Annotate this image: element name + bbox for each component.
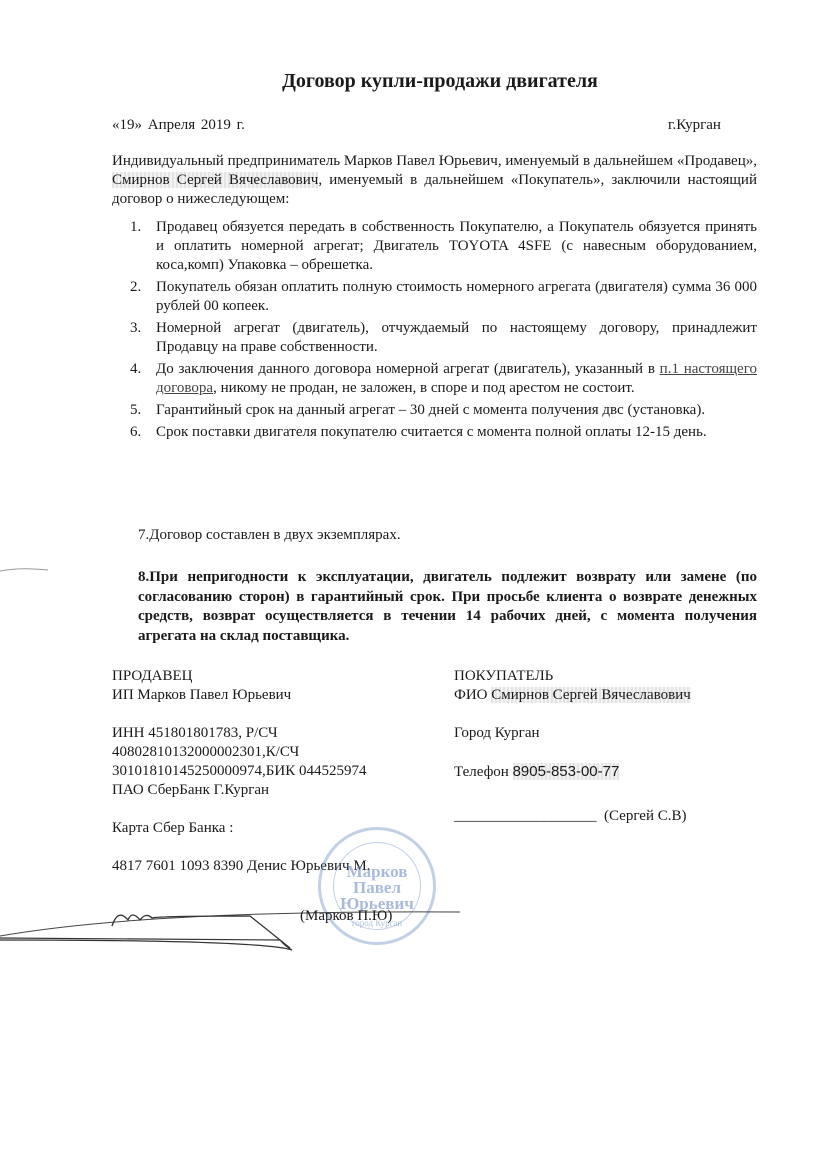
scan-mark [0, 567, 50, 573]
seller-corr-account: 30101810145250000974,БИК 044525974 [112, 762, 432, 781]
term-item: 3.Номерной агрегат (двигатель), отчуждае… [156, 319, 757, 357]
buyer-phone: Телефон 8905-853-00-77 [454, 762, 774, 782]
buyer-block: ПОКУПАТЕЛЬ ФИО Смирнов Сергей Вячеславов… [454, 667, 774, 782]
buyer-city: Город Курган [454, 724, 774, 743]
buyer-heading: ПОКУПАТЕЛЬ [454, 667, 774, 686]
contract-date: «19» Апреля 2019 г. [112, 117, 245, 134]
buyer-name-inline: Смирнов Сергей Вячеславович [112, 172, 318, 188]
seller-signature-name: (Марков П.Ю) [300, 908, 392, 925]
intro-paragraph: Индивидуальный предприниматель Марков Па… [112, 152, 757, 209]
term-7: 7.Договор составлен в двух экземплярах. [138, 527, 401, 544]
document-title: Договор купли-продажи двигателя [0, 70, 840, 93]
seller-inn: ИНН 451801801783, Р/СЧ [112, 724, 432, 743]
seller-account: 40802810132000002301,К/СЧ [112, 743, 432, 762]
term-item: 6.Срок поставки двигателя покупателю счи… [156, 423, 757, 442]
contract-terms-list: 1.Продавец обязуется передать в собствен… [112, 218, 757, 445]
term-item: 2.Покупатель обязан оплатить полную стои… [156, 278, 757, 316]
seller-name: ИП Марков Павел Юрьевич [112, 686, 432, 705]
intro-part1: Индивидуальный предприниматель Марков Па… [112, 153, 757, 169]
term-item: 4.До заключения данного договора номерно… [156, 360, 757, 398]
contract-page: Договор купли-продажи двигателя «19» Апр… [0, 0, 840, 1156]
seller-handwritten-signature [0, 898, 460, 958]
seller-heading: ПРОДАВЕЦ [112, 667, 432, 686]
contract-city: г.Курган [668, 117, 721, 134]
buyer-fio: ФИО Смирнов Сергей Вячеславович [454, 686, 774, 705]
buyer-signature-line: ___________________ (Сергей С.В) [454, 808, 687, 825]
term-item: 1.Продавец обязуется передать в собствен… [156, 218, 757, 275]
term-8-bold: 8.При непригодности к эксплуатации, двиг… [138, 568, 757, 646]
seller-bank: ПАО СберБанк Г.Курган [112, 781, 432, 800]
buyer-signature-name: (Сергей С.В) [604, 808, 687, 824]
term-item: 5.Гарантийный срок на данный агрегат – 3… [156, 401, 757, 420]
